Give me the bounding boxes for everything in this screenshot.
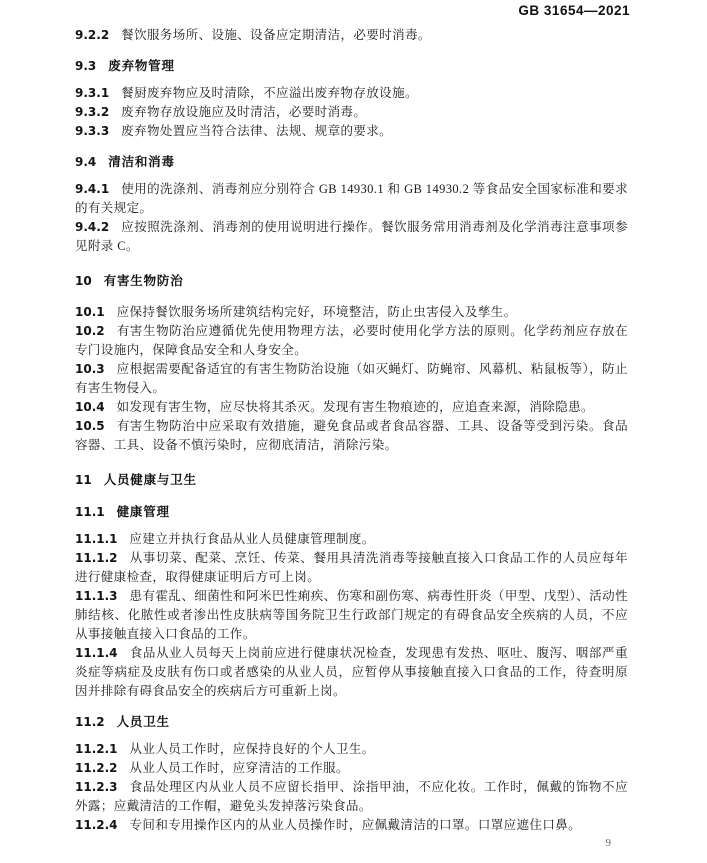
standard-document-page: GB 31654—2021 9.2.2餐饮服务场所、设施、设备应定期清洁，必要时…: [0, 0, 707, 863]
doc-number-header: GB 31654—2021: [518, 3, 630, 18]
clause-text: 有害生物防治: [104, 273, 184, 288]
clause-text: 从事切菜、配菜、烹饪、传菜、餐用具清洗消毒等接触直接入口食品工作的人员应每年进行…: [75, 551, 628, 584]
clause-text: 从业人员工作时，应穿清洁的工作服。: [130, 761, 349, 775]
heading-11.2: 11.2人员卫生: [75, 712, 628, 732]
heading-11: 11人员健康与卫生: [75, 470, 628, 490]
clause-10.1: 10.1应保持餐饮服务场所建筑结构完好，环境整洁，防止虫害侵入及孳生。: [75, 303, 628, 322]
clause-text: 健康管理: [117, 504, 170, 519]
clause-11.2.3: 11.2.3食品处理区内从业人员不应留长指甲、涂指甲油，不应化妆。工作时，佩戴的…: [75, 778, 628, 816]
clause-11.1.4: 11.1.4食品从业人员每天上岗前应进行健康状况检查，发现患有发热、呕吐、腹泻、…: [75, 644, 628, 701]
clause-10.5: 10.5有害生物防治中应采取有效措施，避免食品或者食品容器、工具、设备等受到污染…: [75, 417, 628, 455]
clause-number: 11.1: [75, 505, 105, 519]
clause-number: 10: [75, 274, 92, 288]
clause-11.2.4: 11.2.4专间和专用操作区内的从业人员操作时，应佩戴清洁的口罩。口罩应遮住口鼻…: [75, 816, 628, 835]
clause-number: 9.4: [75, 155, 96, 169]
clause-number: 9.3.3: [75, 124, 109, 138]
clause-11.1.1: 11.1.1应建立并执行食品从业人员健康管理制度。: [75, 530, 628, 549]
clause-text: 餐厨废弃物应及时清除，不应溢出废弃物存放设施。: [121, 86, 418, 100]
clause-text: 废弃物管理: [108, 58, 175, 73]
clause-10.3: 10.3应根据需要配备适宜的有害生物防治设施（如灭蝇灯、防蝇帘、风幕机、粘鼠板等…: [75, 360, 628, 398]
clause-text: 患有霍乱、细菌性和阿米巴性痢疾、伤寒和副伤寒、病毒性肝炎（甲型、戊型）、活动性肺…: [75, 589, 628, 641]
heading-10: 10有害生物防治: [75, 271, 628, 291]
clause-9.3.1: 9.3.1餐厨废弃物应及时清除，不应溢出废弃物存放设施。: [75, 84, 628, 103]
clause-number: 11: [75, 473, 92, 487]
clause-number: 9.3.2: [75, 105, 109, 119]
clause-number: 9.3.1: [75, 86, 109, 100]
clause-text: 食品处理区内从业人员不应留长指甲、涂指甲油，不应化妆。工作时，佩戴的饰物不应外露…: [75, 780, 628, 813]
clause-number: 11.2.2: [75, 761, 118, 775]
clause-number: 10.4: [75, 400, 105, 414]
heading-9.4: 9.4清洁和消毒: [75, 152, 628, 172]
clause-number: 11.1.1: [75, 532, 118, 546]
clause-number: 11.2.3: [75, 780, 118, 794]
clause-text: 废弃物处置应当符合法律、法规、规章的要求。: [121, 124, 392, 138]
clause-9.2.2: 9.2.2餐饮服务场所、设施、设备应定期清洁，必要时消毒。: [75, 26, 628, 45]
clause-number: 10.3: [75, 362, 105, 376]
clause-number: 11.1.4: [75, 646, 118, 660]
clause-text: 食品从业人员每天上岗前应进行健康状况检查，发现患有发热、呕吐、腹泻、咽部严重炎症…: [75, 646, 628, 698]
clause-number: 9.3: [75, 59, 96, 73]
clause-number: 9.2.2: [75, 28, 109, 42]
clause-number: 11.1.3: [75, 589, 118, 603]
clause-9.3.3: 9.3.3废弃物处置应当符合法律、法规、规章的要求。: [75, 122, 628, 141]
clause-9.4.2: 9.4.2应按照洗涤剂、消毒剂的使用说明进行操作。餐饮服务常用消毒剂及化学消毒注…: [75, 218, 628, 256]
clause-text: 人员健康与卫生: [104, 472, 197, 487]
clause-text: 餐饮服务场所、设施、设备应定期清洁，必要时消毒。: [121, 28, 431, 42]
clause-text: 应保持餐饮服务场所建筑结构完好，环境整洁，防止虫害侵入及孳生。: [117, 305, 517, 319]
clause-text: 有害生物防治应遵循优先使用物理方法，必要时使用化学方法的原则。化学药剂应存放在专…: [75, 324, 628, 357]
clause-11.2.1: 11.2.1从业人员工作时，应保持良好的个人卫生。: [75, 740, 628, 759]
clause-text: 从业人员工作时，应保持良好的个人卫生。: [130, 742, 375, 756]
clause-number: 10.5: [75, 419, 105, 433]
clause-text: 清洁和消毒: [108, 154, 175, 169]
clause-9.3.2: 9.3.2废弃物存放设施应及时清洁，必要时消毒。: [75, 103, 628, 122]
page-number: 9: [606, 837, 612, 849]
clause-number: 10.2: [75, 324, 105, 338]
heading-9.3: 9.3废弃物管理: [75, 56, 628, 76]
clause-number: 11.2: [75, 715, 105, 729]
clause-number: 11.1.2: [75, 551, 118, 565]
clause-10.2: 10.2有害生物防治应遵循优先使用物理方法，必要时使用化学方法的原则。化学药剂应…: [75, 322, 628, 360]
clause-text: 使用的洗涤剂、消毒剂应分别符合 GB 14930.1 和 GB 14930.2 …: [75, 182, 628, 215]
clause-text: 有害生物防治中应采取有效措施，避免食品或者食品容器、工具、设备等受到污染。食品容…: [75, 419, 628, 452]
clause-text: 专间和专用操作区内的从业人员操作时，应佩戴清洁的口罩。口罩应遮住口鼻。: [130, 818, 582, 832]
clause-text: 人员卫生: [117, 714, 170, 729]
clause-number: 11.2.1: [75, 742, 118, 756]
heading-11.1: 11.1健康管理: [75, 502, 628, 522]
clause-number: 11.2.4: [75, 818, 118, 832]
clause-9.4.1: 9.4.1使用的洗涤剂、消毒剂应分别符合 GB 14930.1 和 GB 149…: [75, 180, 628, 218]
clause-text: 应根据需要配备适宜的有害生物防治设施（如灭蝇灯、防蝇帘、风幕机、粘鼠板等），防止…: [75, 362, 628, 395]
clause-number: 10.1: [75, 305, 105, 319]
clause-number: 9.4.2: [75, 220, 109, 234]
clause-11.1.3: 11.1.3患有霍乱、细菌性和阿米巴性痢疾、伤寒和副伤寒、病毒性肝炎（甲型、戊型…: [75, 587, 628, 644]
clause-text: 如发现有害生物，应尽快将其杀灭。发现有害生物痕迹的，应追查来源，消除隐患。: [117, 400, 594, 414]
clause-number: 9.4.1: [75, 182, 109, 196]
clause-11.1.2: 11.1.2从事切菜、配菜、烹饪、传菜、餐用具清洗消毒等接触直接入口食品工作的人…: [75, 549, 628, 587]
document-body: 9.2.2餐饮服务场所、设施、设备应定期清洁，必要时消毒。9.3废弃物管理9.3…: [75, 26, 628, 835]
clause-text: 废弃物存放设施应及时清洁，必要时消毒。: [121, 105, 366, 119]
clause-11.2.2: 11.2.2从业人员工作时，应穿清洁的工作服。: [75, 759, 628, 778]
clause-text: 应建立并执行食品从业人员健康管理制度。: [130, 532, 375, 546]
clause-10.4: 10.4如发现有害生物，应尽快将其杀灭。发现有害生物痕迹的，应追查来源，消除隐患…: [75, 398, 628, 417]
clause-text: 应按照洗涤剂、消毒剂的使用说明进行操作。餐饮服务常用消毒剂及化学消毒注意事项参见…: [75, 220, 628, 253]
